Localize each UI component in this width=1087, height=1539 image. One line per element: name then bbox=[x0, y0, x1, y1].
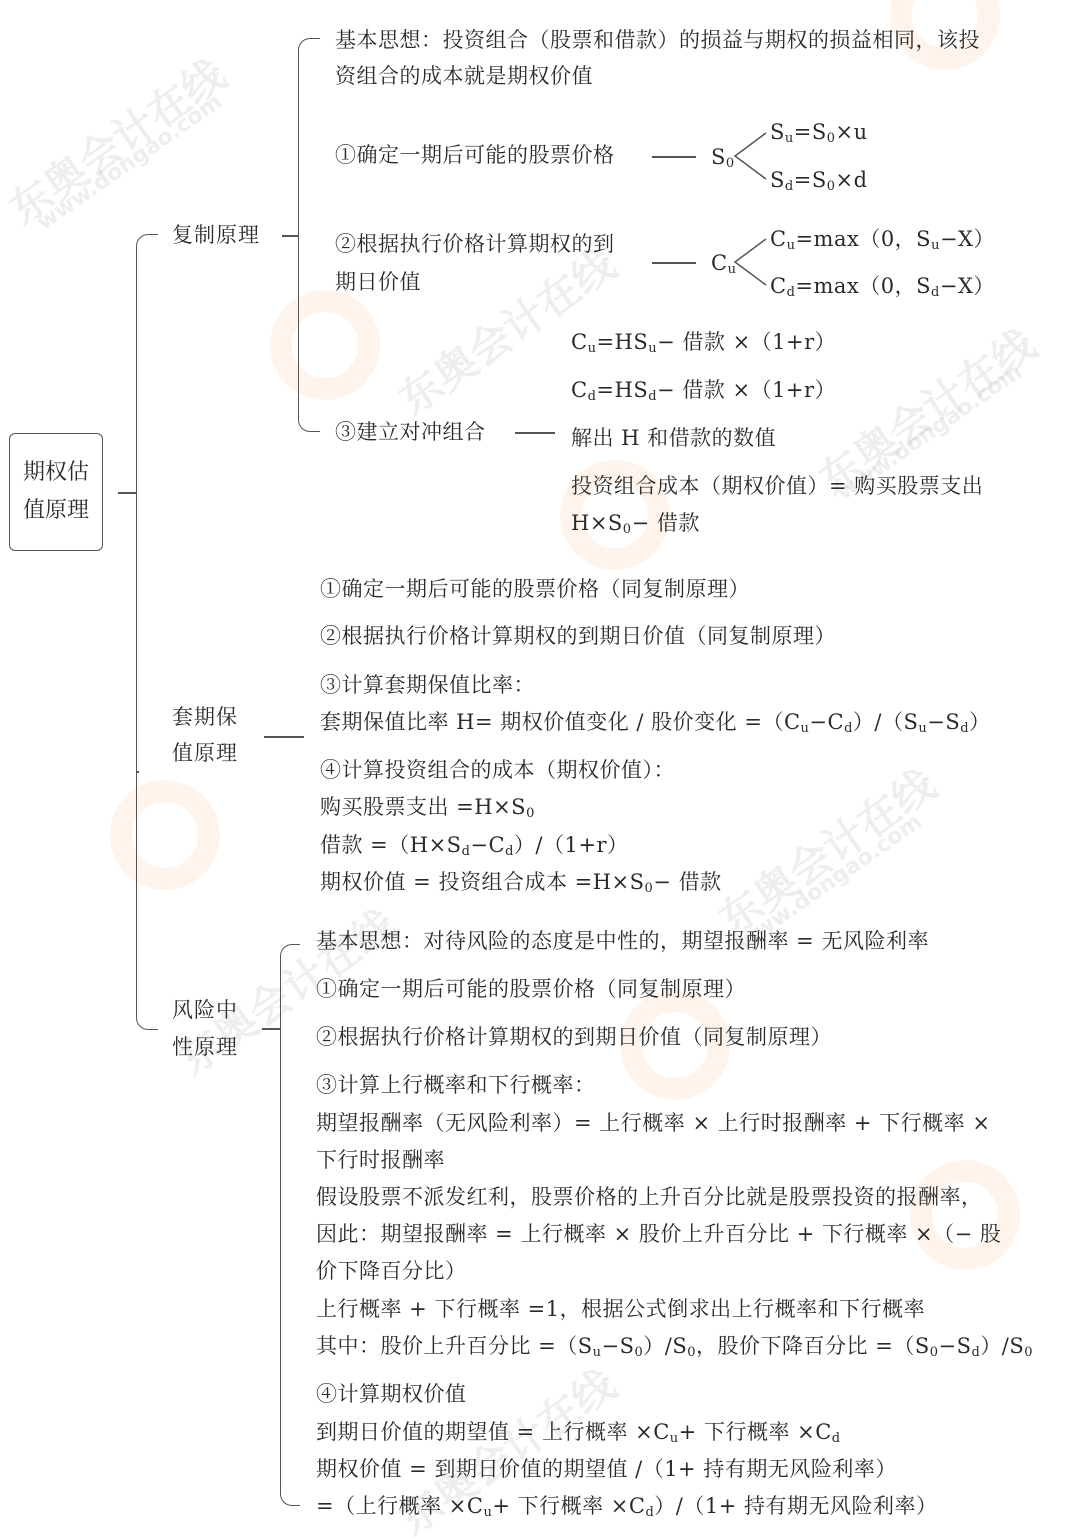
hedge-value: 期权价值 = 投资组合成本 =H×S0− 借款 bbox=[320, 864, 722, 901]
hedge-step2: ②根据执行价格计算期权的到期日价值（同复制原理） bbox=[320, 618, 836, 655]
rn-step3-line2: 下行时报酬率 bbox=[316, 1142, 445, 1179]
connector bbox=[264, 736, 304, 738]
branch-replication-label: 复制原理 bbox=[172, 217, 260, 254]
connector bbox=[136, 771, 139, 773]
rn-step3-line4: 因此：期望报酬率 = 上行概率 × 股价上升百分比 + 下行概率 ×（− 股 bbox=[316, 1216, 1001, 1253]
rn-step3-line1: 期望报酬率（无风险利率）= 上行概率 × 上行时报酬率 + 下行概率 × bbox=[316, 1105, 990, 1142]
hedge-step3: ③计算套期保值比率： bbox=[320, 667, 535, 704]
rn-step3-line5: 价下降百分比） bbox=[316, 1253, 467, 1290]
replication-step3: ③建立对冲组合 bbox=[335, 414, 486, 451]
rn-step4-line1: 到期日价值的期望值 = 上行概率 ×Cu+ 下行概率 ×Cd bbox=[316, 1414, 841, 1451]
hedge-buy: 购买股票支出 =H×S0 bbox=[320, 789, 535, 826]
connector bbox=[282, 235, 298, 237]
watermark-logo bbox=[270, 290, 380, 400]
rn-step1: ①确定一期后可能的股票价格（同复制原理） bbox=[316, 971, 746, 1008]
branch-hedge-label: 套期保 bbox=[172, 699, 238, 736]
cd-formula: Cd=max（0，Sd−X） bbox=[770, 268, 995, 305]
hedge-eq-down: Cd=HSd− 借款 ×（1+r） bbox=[571, 372, 836, 409]
hedge-solve: 解出 H 和借款的数值 bbox=[571, 420, 776, 457]
rn-step2: ②根据执行价格计算期权的到期日价值（同复制原理） bbox=[316, 1019, 832, 1056]
hedge-ratio-formula: 套期保值比率 H= 期权价值变化 / 股价变化 =（Cu−Cd）/（Su−Sd） bbox=[320, 704, 991, 741]
risk-neutral-bracket bbox=[280, 944, 300, 1506]
rn-step3-line7: 其中：股价上升百分比 =（Su−S0）/S0，股价下降百分比 =（S0−Sd）/… bbox=[316, 1328, 1033, 1365]
rn-step4-line2: 期权价值 = 到期日价值的期望值 /（1+ 持有期无风险利率） bbox=[316, 1451, 897, 1488]
hedge-step4: ④计算投资组合的成本（期权价值）： bbox=[320, 752, 675, 789]
watermark-text: 东奥会计在线 bbox=[706, 753, 947, 947]
root-label-line1: 期权估 bbox=[23, 454, 89, 492]
connector bbox=[652, 262, 696, 264]
connector bbox=[652, 156, 696, 158]
su-formula: Su=S0×u bbox=[770, 114, 868, 151]
cu-formula: Cu=max（0，Su−X） bbox=[770, 221, 995, 258]
rn-step4: ④计算期权价值 bbox=[316, 1376, 467, 1413]
rn-step3: ③计算上行概率和下行概率： bbox=[316, 1067, 596, 1104]
replication-step1: ①确定一期后可能的股票价格 bbox=[335, 137, 615, 174]
hedge-cost-2: H×S0− 借款 bbox=[571, 505, 700, 542]
replication-basic-idea-2: 资组合的成本就是期权价值 bbox=[335, 58, 593, 95]
connector bbox=[118, 492, 136, 494]
branch-risk-neutral-label-2: 性原理 bbox=[172, 1029, 238, 1066]
branch-risk-neutral-label: 风险中 bbox=[172, 992, 238, 1029]
hedge-eq-up: Cu=HSu− 借款 ×（1+r） bbox=[571, 324, 836, 361]
sd-formula: Sd=S0×d bbox=[770, 162, 868, 199]
hedge-step1: ①确定一期后可能的股票价格（同复制原理） bbox=[320, 571, 750, 608]
replication-step2-2: 期日价值 bbox=[335, 264, 421, 301]
connector bbox=[515, 432, 555, 434]
main-bracket bbox=[136, 234, 158, 1030]
replication-basic-idea: 基本思想：投资组合（股票和借款）的损益与期权的损益相同，该投 bbox=[335, 22, 980, 59]
root-label-line2: 值原理 bbox=[23, 492, 89, 530]
watermark-logo bbox=[110, 780, 220, 890]
root-node: 期权估 值原理 bbox=[9, 433, 103, 551]
rn-step3-line3: 假设股票不派发红利，股票价格的上升百分比就是股票投资的报酬率， bbox=[316, 1179, 983, 1216]
hedge-loan: 借款 =（H×Sd−Cd）/（1+r） bbox=[320, 827, 628, 864]
hedge-cost: 投资组合成本（期权价值）= 购买股票支出 bbox=[571, 468, 983, 505]
replication-bracket bbox=[298, 38, 320, 432]
watermark-text: 东奥会计在线 bbox=[0, 43, 236, 237]
branch-hedge-label-2: 值原理 bbox=[172, 735, 238, 772]
rn-step4-line3: =（上行概率 ×Cu+ 下行概率 ×Cd）/（1+ 持有期无风险利率） bbox=[316, 1488, 937, 1525]
replication-step2: ②根据执行价格计算期权的到 bbox=[335, 226, 615, 263]
rn-step3-line6: 上行概率 + 下行概率 =1，根据公式倒求出上行概率和下行概率 bbox=[316, 1291, 925, 1328]
rn-basic-idea: 基本思想：对待风险的态度是中性的，期望报酬率 = 无风险利率 bbox=[316, 923, 929, 960]
connector bbox=[262, 1028, 280, 1030]
